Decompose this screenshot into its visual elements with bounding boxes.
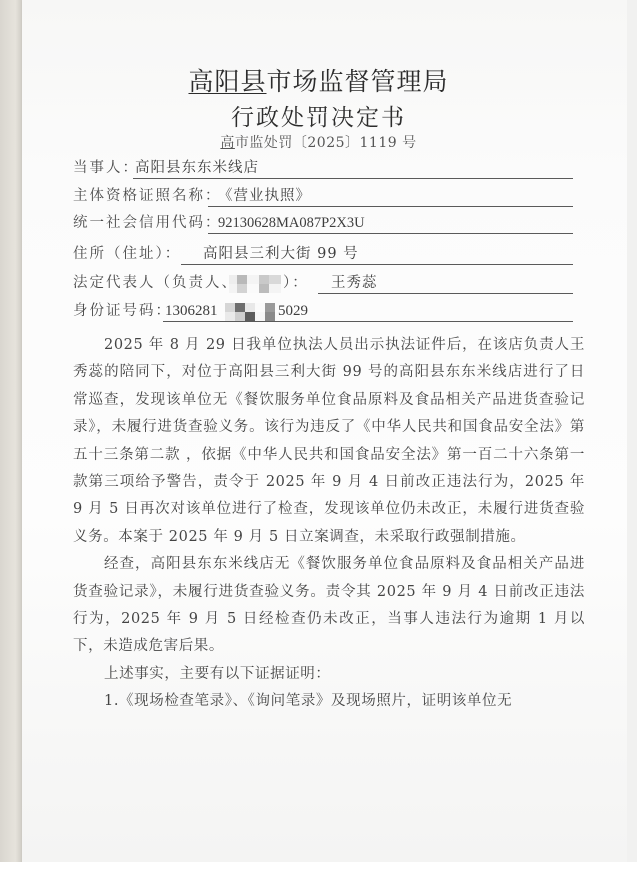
field-underline [133,178,573,179]
field-value-suffix: 5029 [278,303,308,320]
field-address: 住所（住址）： 高阳县三利大街 99 号 [73,244,573,266]
field-value: 《营业执照》 [218,184,311,205]
field-value: 92130628MA087P2X3U [218,215,365,232]
field-credit-code: 统一社会信用代码： 92130628MA087P2X3U [73,213,573,235]
document-body: 2025 年 8 月 29 日我单位执法人员出示执法证件后，在该店负责人王秀蕊的… [73,332,585,716]
field-underline [208,233,573,234]
issuer-underlined: 高阳县 [188,67,266,96]
field-underline [181,264,573,265]
field-label: 统一社会信用代码： [73,211,222,232]
field-party: 当事人： 高阳县东东米线店 [73,158,573,180]
field-value: 高阳县东东米线店 [135,156,259,177]
issuer-heading: 高阳县市场监督管理局 [0,62,637,98]
redacted-block [225,303,275,321]
document-number: 高市监处罚〔2025〕1119 号 [0,132,637,152]
field-label: 住所（住址）： [73,242,181,263]
field-id-number: 身份证号码： 1306281 5029 [73,301,573,323]
scan-bottom-edge [0,862,637,876]
paragraph-evidence-intro: 上述事实，主要有以下证据证明： [73,661,585,688]
field-value: 高阳县三利大街 99 号 [203,242,359,263]
issuer-rest: 市场监督管理局 [267,67,449,96]
field-underline [163,321,573,322]
field-underline [318,293,573,294]
field-label: 主体资格证照名称： [73,184,222,205]
field-underline [208,206,573,207]
paragraph-findings: 经查，高阳县东东米线店无《餐饮服务单位食品原料及食品相关产品进货查验记录》，未履… [73,551,585,661]
field-label: 法定代表人（负责人、 [73,271,238,292]
document-title: 行政处罚决定书 [0,99,637,132]
field-value: 王秀蕊 [331,271,378,292]
paragraph-facts: 2025 年 8 月 29 日我单位执法人员出示执法证件后，在该店负责人王秀蕊的… [73,332,585,551]
redacted-block [229,275,281,293]
field-license-name: 主体资格证照名称： 《营业执照》 [73,186,573,208]
field-label: 当事人： [73,156,139,177]
field-legal-representative: 法定代表人（负责人、 ）： 王秀蕊 [73,273,573,295]
evidence-item-1: 1.《现场检查笔录》、《询问笔录》及现场照片，证明该单位无 [73,688,585,715]
field-label: 身份证号码： [73,299,172,320]
field-value-prefix: 1306281 [165,303,218,320]
